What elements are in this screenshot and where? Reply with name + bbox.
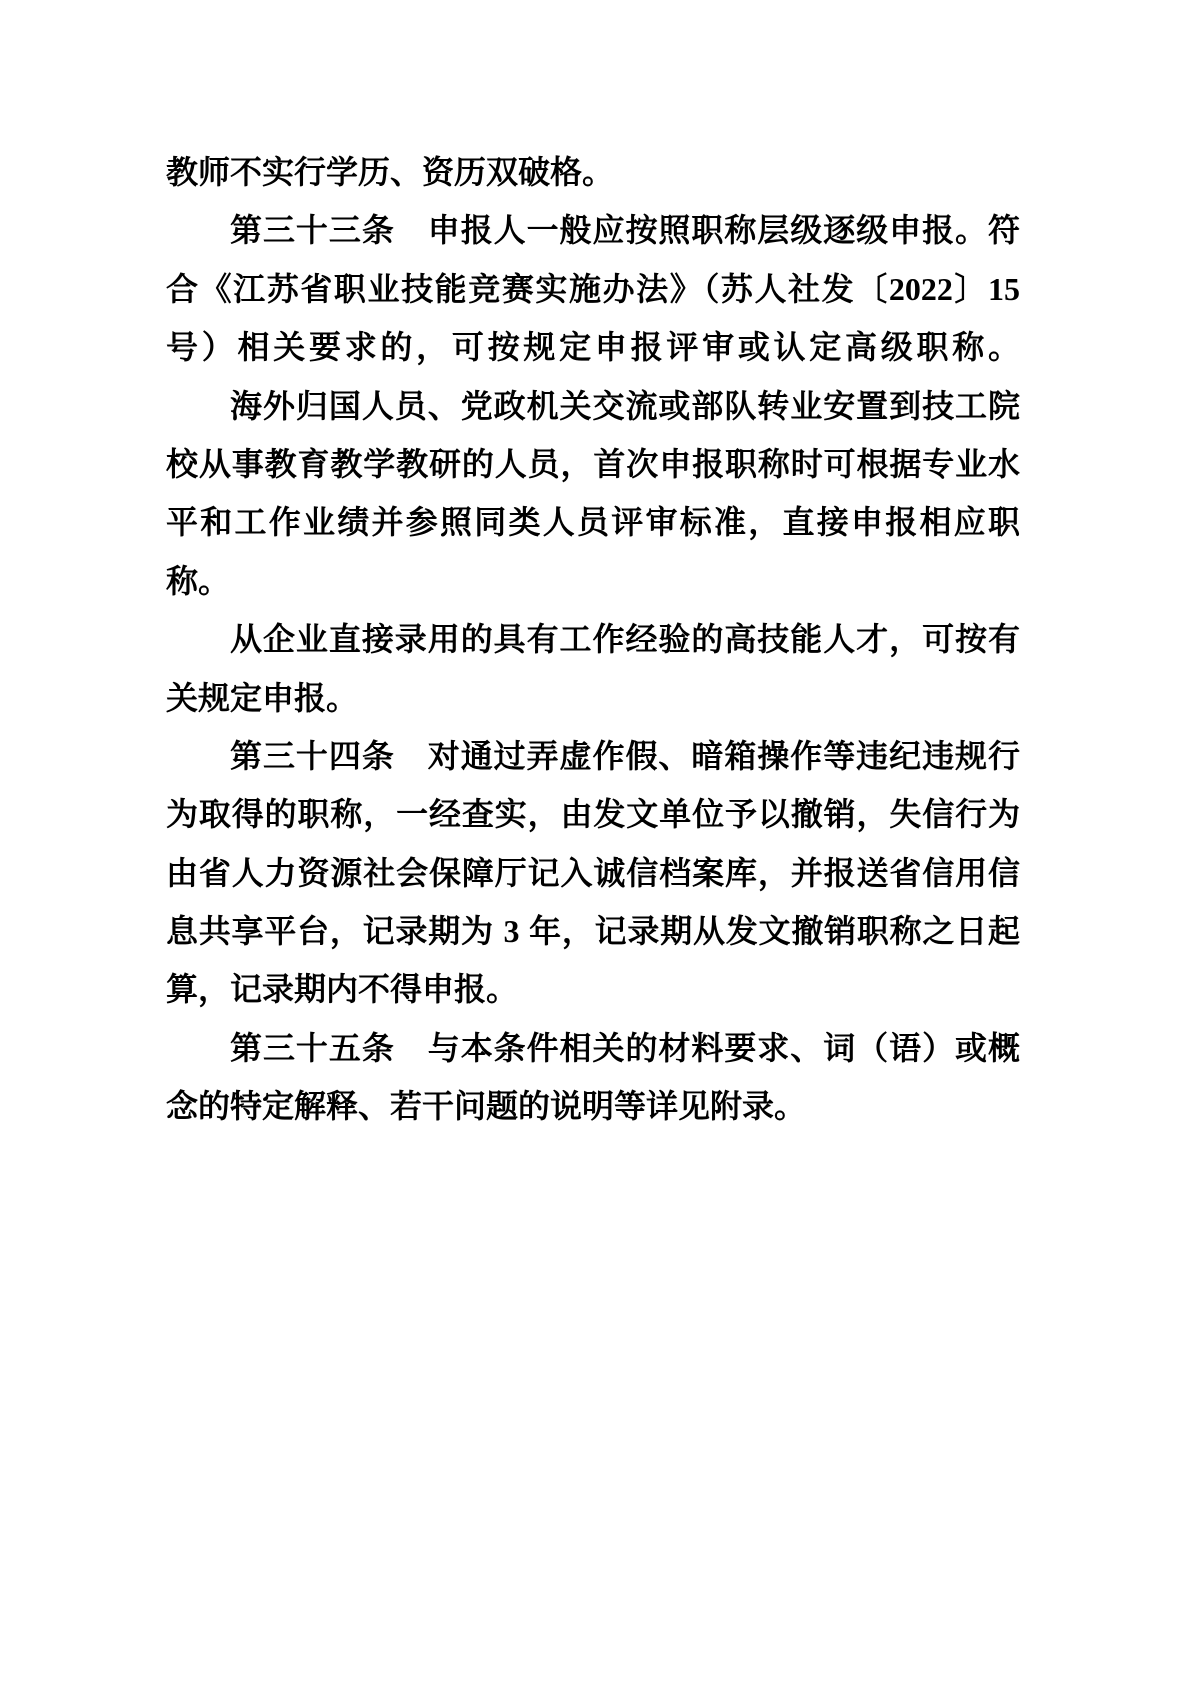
- text-line: 念的特定解释、若干问题的说明等详见附录。: [166, 1077, 1020, 1135]
- text-line: 关规定申报。: [166, 669, 1020, 727]
- text-line: 为取得的职称，一经查实，由发文单位予以撤销，失信行为: [166, 785, 1020, 843]
- text-line: 称。: [166, 552, 1020, 610]
- document-page: 教师不实行学历、资历双破格。第三十三条 申报人一般应按照职称层级逐级申报。符合《…: [0, 0, 1191, 1684]
- text-line: 从企业直接录用的具有工作经验的高技能人才，可按有: [166, 610, 1020, 668]
- paragraph: 第三十四条 对通过弄虚作假、暗箱操作等违纪违规行为取得的职称，一经查实，由发文单…: [166, 727, 1020, 1019]
- text-line: 算，记录期内不得申报。: [166, 960, 1020, 1018]
- text-line: 第三十四条 对通过弄虚作假、暗箱操作等违纪违规行: [166, 727, 1020, 785]
- text-line: 海外归国人员、党政机关交流或部队转业安置到技工院: [166, 377, 1020, 435]
- text-line: 第三十三条 申报人一般应按照职称层级逐级申报。符: [166, 201, 1020, 259]
- text-line: 由省人力资源社会保障厅记入诚信档案库，并报送省信用信: [166, 844, 1020, 902]
- text-line: 校从事教育教学教研的人员，首次申报职称时可根据专业水: [166, 435, 1020, 493]
- numeral: 15: [988, 271, 1020, 307]
- paragraph: 第三十三条 申报人一般应按照职称层级逐级申报。符合《江苏省职业技能竞赛实施办法》…: [166, 201, 1020, 376]
- numeral: 2022: [889, 271, 953, 307]
- text-line: 息共享平台，记录期为 3 年，记录期从发文撤销职称之日起: [166, 902, 1020, 960]
- text-line: 号）相关要求的，可按规定申报评审或认定高级职称。: [166, 318, 1020, 376]
- text-line: 第三十五条 与本条件相关的材料要求、词（语）或概: [166, 1019, 1020, 1077]
- paragraph: 第三十五条 与本条件相关的材料要求、词（语）或概念的特定解释、若干问题的说明等详…: [166, 1019, 1020, 1136]
- paragraph: 从企业直接录用的具有工作经验的高技能人才，可按有关规定申报。: [166, 610, 1020, 727]
- text-line: 平和工作业绩并参照同类人员评审标准，直接申报相应职: [166, 493, 1020, 551]
- paragraph: 海外归国人员、党政机关交流或部队转业安置到技工院校从事教育教学教研的人员，首次申…: [166, 377, 1020, 611]
- paragraph: 教师不实行学历、资历双破格。: [166, 143, 1020, 201]
- text-line: 合《江苏省职业技能竞赛实施办法》（苏人社发〔2022〕15: [166, 260, 1020, 318]
- numeral: 3: [503, 913, 519, 949]
- text-line: 教师不实行学历、资历双破格。: [166, 143, 1020, 201]
- document-text: 教师不实行学历、资历双破格。第三十三条 申报人一般应按照职称层级逐级申报。符合《…: [166, 143, 1020, 1136]
